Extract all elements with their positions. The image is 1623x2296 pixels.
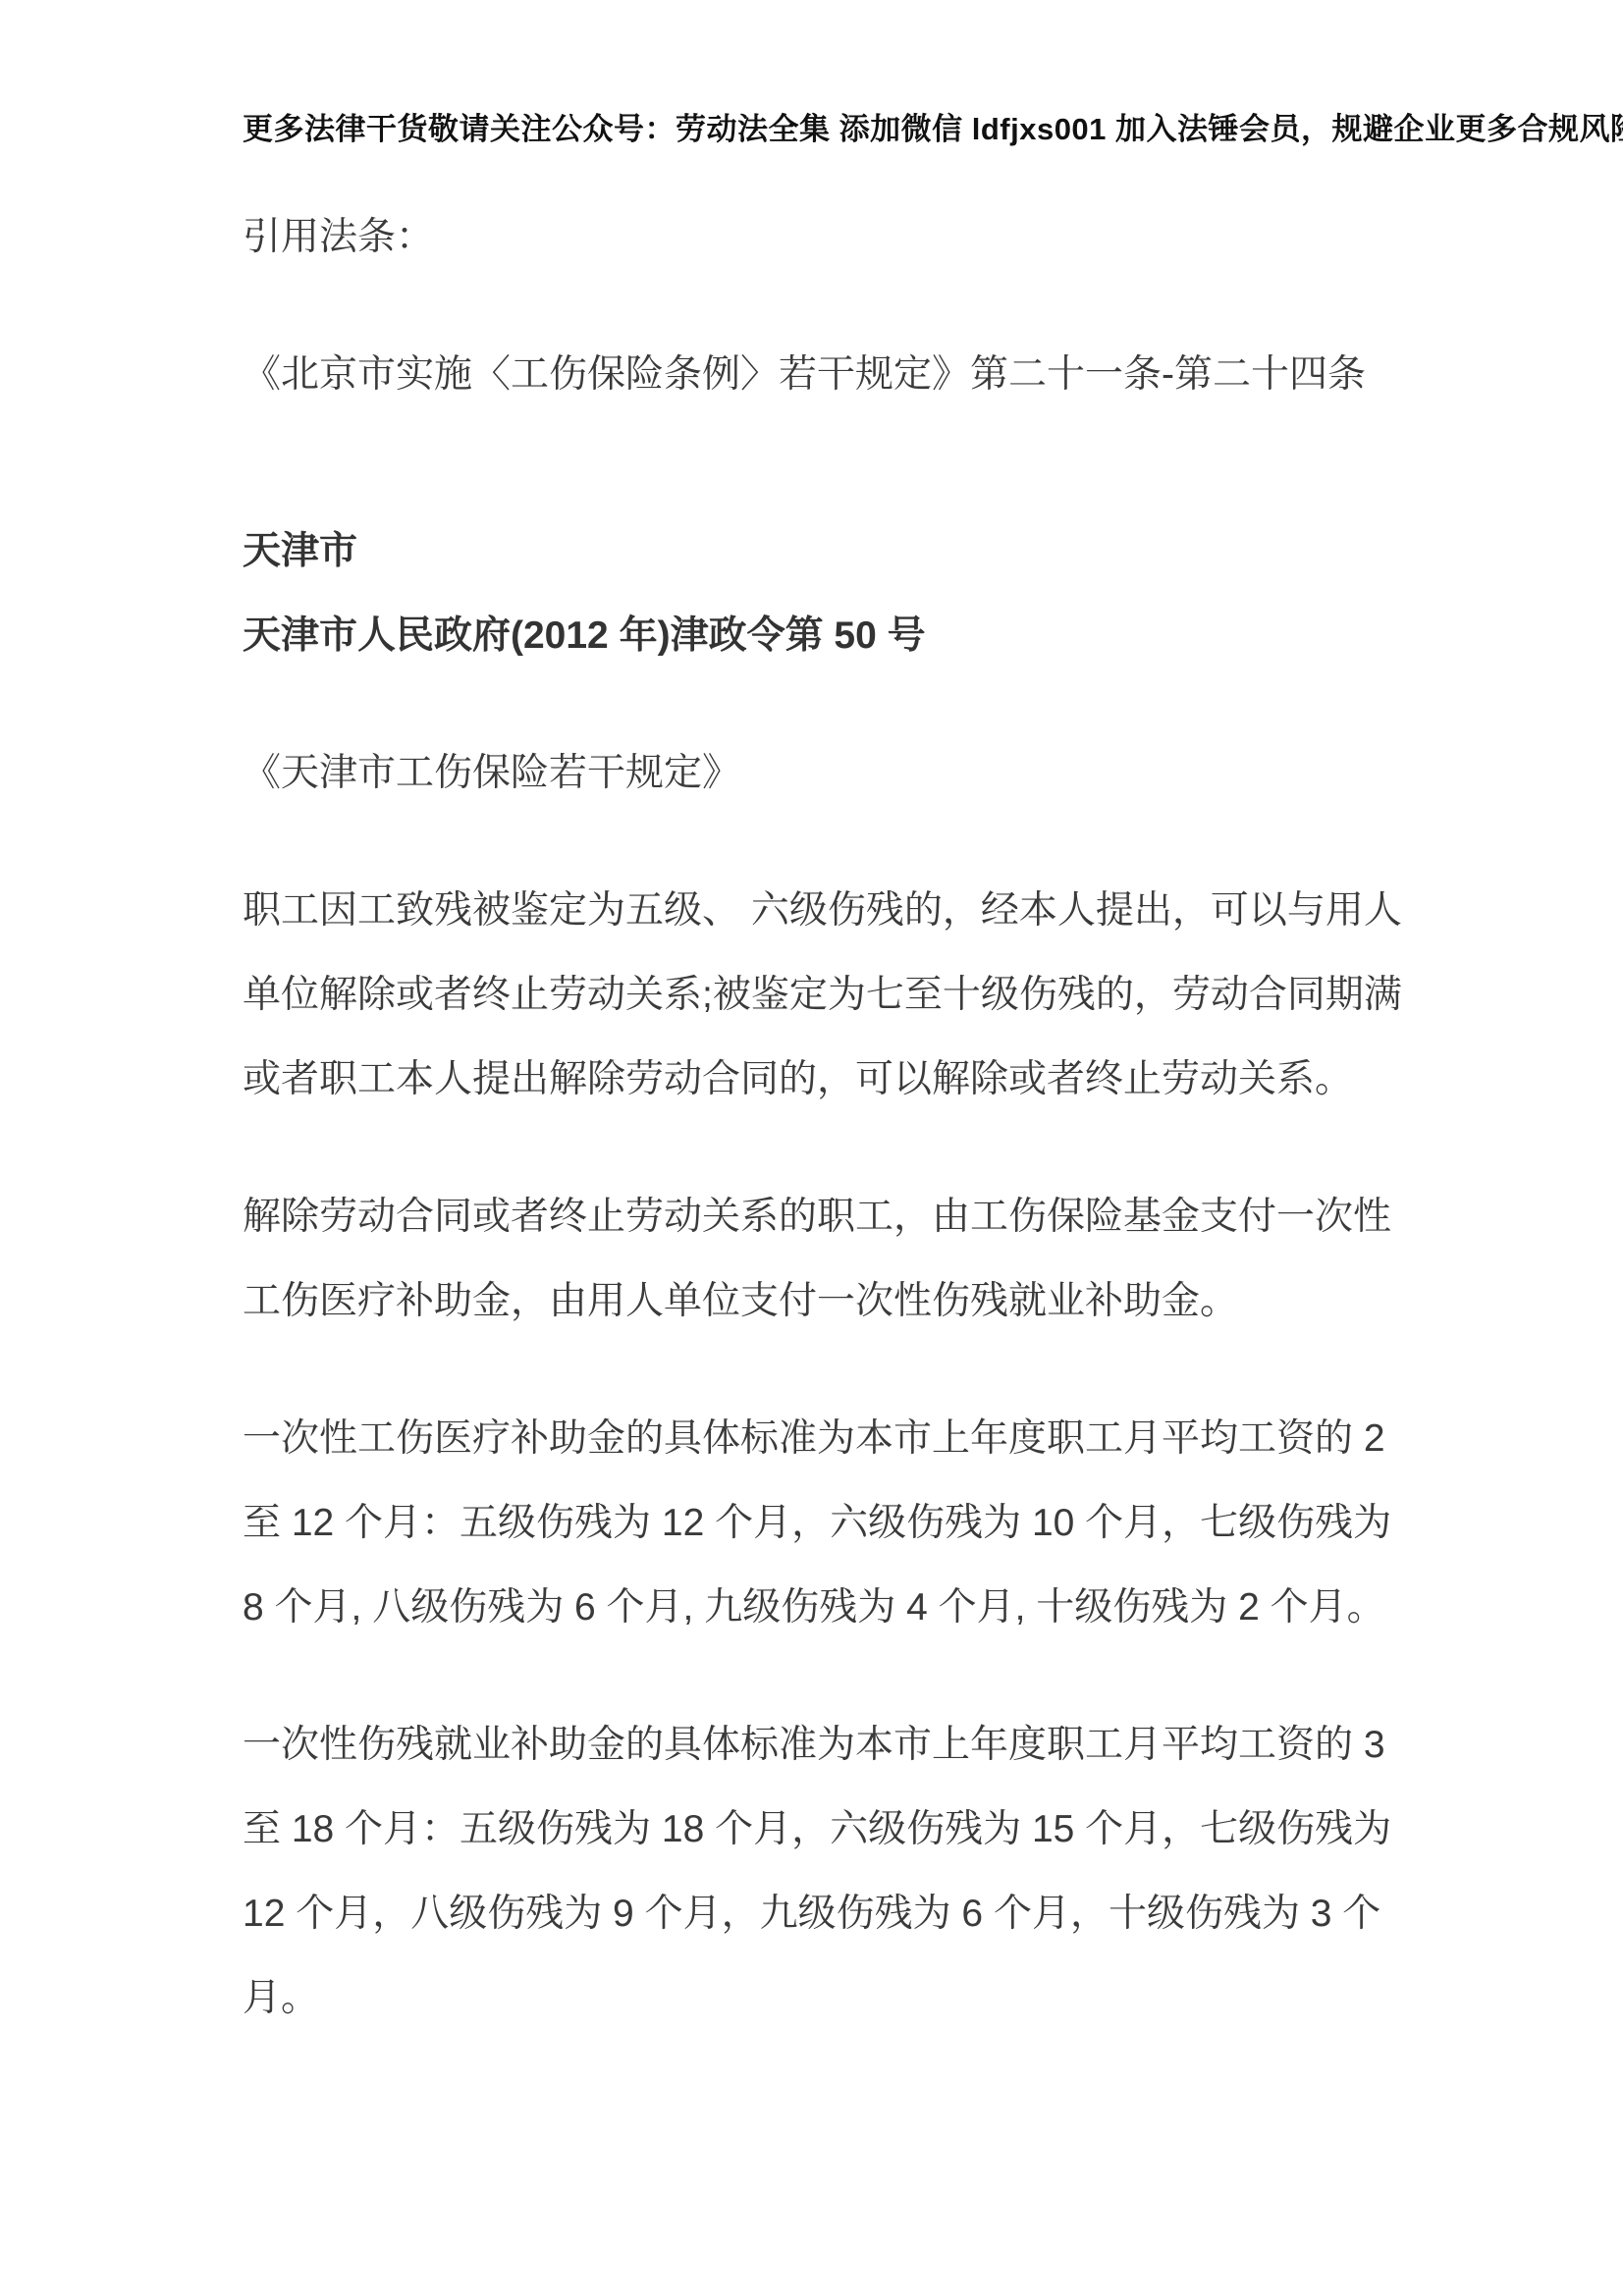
city-heading: 天津市: [243, 509, 1375, 594]
paragraph-line: 职工因工致残被鉴定为五级、 六级伤残的，经本人提出，可以与用人: [243, 869, 1375, 953]
paragraph-medical-subsidy-standard: 一次性工伤医疗补助金的具体标准为本市上年度职工月平均工资的 2 至 12 个月：…: [243, 1397, 1375, 1650]
decree-heading: 天津市人民政府(2012 年)津政令第 50 号: [243, 594, 1375, 678]
paragraph-employment-subsidy-standard: 一次性伤残就业补助金的具体标准为本市上年度职工月平均工资的 3 至 18 个月：…: [243, 1703, 1375, 2041]
cited-regulation-line: 《北京市实施〈工伤保险条例〉若干规定》第二十一条-第二十四条: [243, 333, 1375, 417]
paragraph-line: 一次性伤残就业补助金的具体标准为本市上年度职工月平均工资的 3: [243, 1703, 1375, 1788]
paragraph-line: 一次性工伤医疗补助金的具体标准为本市上年度职工月平均工资的 2: [243, 1397, 1375, 1481]
paragraph-line: 至 18 个月：五级伤残为 18 个月，六级伤残为 15 个月，七级伤残为: [243, 1788, 1375, 1872]
promo-header-text: 更多法律干货敬请关注公众号：劳动法全集 添加微信 ldfjxs001 加入法锤会…: [243, 108, 1375, 151]
paragraph-line: 月。: [243, 1956, 1375, 2041]
paragraph-line: 或者职工本人提出解除劳动合同的，可以解除或者终止劳动关系。: [243, 1038, 1375, 1122]
intro-label: 引用法条：: [243, 195, 1375, 280]
document-page: 更多法律干货敬请关注公众号：劳动法全集 添加微信 ldfjxs001 加入法锤会…: [0, 0, 1623, 2296]
paragraph-disability-termination: 职工因工致残被鉴定为五级、 六级伤残的，经本人提出，可以与用人 单位解除或者终止…: [243, 869, 1375, 1122]
paragraph-line: 8 个月, 八级伤残为 6 个月, 九级伤残为 4 个月, 十级伤残为 2 个月…: [243, 1566, 1375, 1650]
paragraph-line: 12 个月，八级伤残为 9 个月，九级伤残为 6 个月，十级伤残为 3 个: [243, 1872, 1375, 1956]
paragraph-line: 至 12 个月：五级伤残为 12 个月，六级伤残为 10 个月，七级伤残为: [243, 1481, 1375, 1566]
paragraph-line: 单位解除或者终止劳动关系;被鉴定为七至十级伤残的，劳动合同期满: [243, 953, 1375, 1038]
regulation-title: 《天津市工伤保险若干规定》: [243, 731, 1375, 816]
paragraph-line: 工伤医疗补助金，由用人单位支付一次性伤残就业补助金。: [243, 1259, 1375, 1344]
paragraph-line: 解除劳动合同或者终止劳动关系的职工，由工伤保险基金支付一次性: [243, 1175, 1375, 1259]
paragraph-subsidy-payers: 解除劳动合同或者终止劳动关系的职工，由工伤保险基金支付一次性 工伤医疗补助金，由…: [243, 1175, 1375, 1344]
